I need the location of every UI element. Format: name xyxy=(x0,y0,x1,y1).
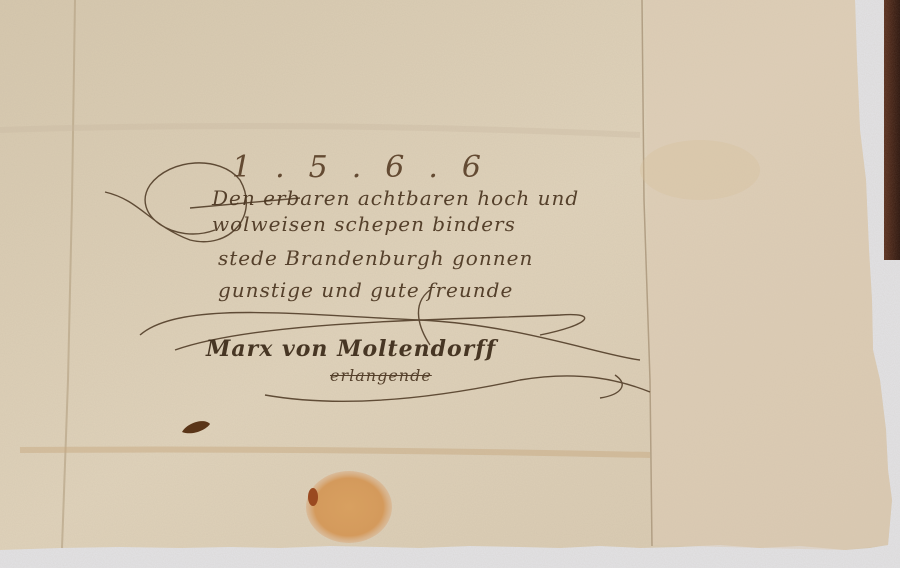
address-line-3: stede Brandenburgh gonnen xyxy=(218,246,533,270)
address-line-4: gunstige und gute freunde xyxy=(218,278,513,302)
seal-stain xyxy=(306,471,392,543)
address-line-1: Den erbaren achtbaren hoch und xyxy=(212,186,579,210)
year-heading: 1.5.6.6 xyxy=(232,150,505,185)
signature: Marx von Moltendorff xyxy=(206,336,496,362)
signature-subline: erlangende xyxy=(330,366,432,385)
address-line-2: wolweisen schepen binders xyxy=(212,212,516,236)
paper-sheet: 1.5.6.6 Den erbaren achtbaren hoch und w… xyxy=(0,0,900,568)
